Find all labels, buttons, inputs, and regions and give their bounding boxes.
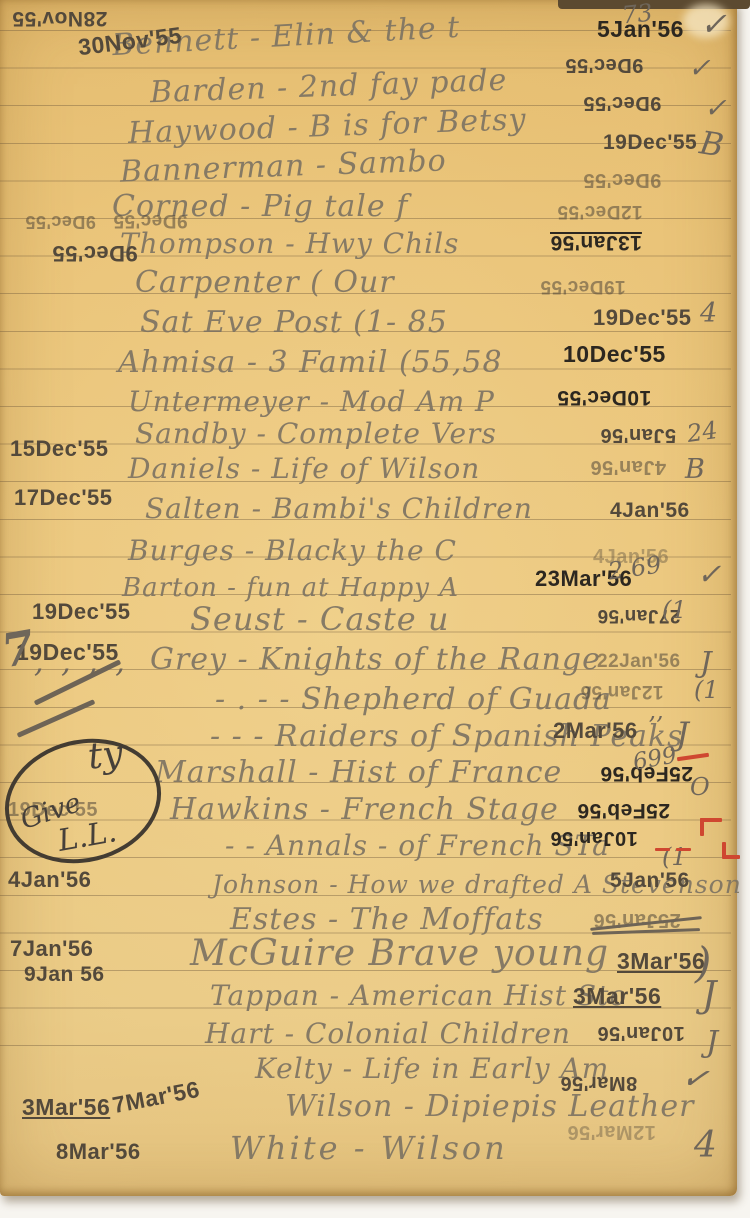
entry-line: Hart - Colonial Children xyxy=(205,1020,571,1048)
date-stamp-right: 12Mar'56 xyxy=(567,1122,656,1142)
date-stamp-left: 9Dec'55 xyxy=(113,211,188,230)
entry-line: Grey - Knights of the Range xyxy=(150,645,601,675)
entry-line: McGuire Brave young xyxy=(190,936,609,972)
entry-line: Sat Eve Post (1- 85 xyxy=(140,308,448,338)
entry-line: Burges - Blacky the C xyxy=(128,537,457,565)
date-stamp-left: 19Dec'55 xyxy=(32,601,131,623)
date-stamp-right: 10Dec'55 xyxy=(557,387,651,408)
entry-line: Hawkins - French Stage xyxy=(170,795,559,825)
red-mark xyxy=(700,818,722,822)
date-stamp-right: 3Mar'56 xyxy=(617,950,705,973)
date-stamp-left: 9Dec'55 xyxy=(25,213,96,231)
date-stamp-right: 22Jan'56 xyxy=(597,652,681,671)
red-mark xyxy=(722,855,740,859)
date-stamp-left: 17Dec'55 xyxy=(14,487,113,509)
pencil-note: (1 xyxy=(694,678,719,702)
date-stamp-right: 13Jan'56 xyxy=(550,232,642,253)
pencil-letter: O xyxy=(690,775,710,799)
date-stamp-right: 10Dec'55 xyxy=(563,343,666,366)
scanned-library-card: Bennett - Elin & the t Barden - 2nd fay … xyxy=(0,0,737,1196)
date-stamp-right: 4Jan'56 xyxy=(610,500,690,521)
check-mark: ✓ xyxy=(697,560,721,589)
pencil-number: 24 xyxy=(685,418,719,446)
pencil-number: 2 69 xyxy=(607,552,663,583)
date-stamp-right: 4Jan'56 xyxy=(590,457,666,477)
date-stamp-right: 10Jan'56 xyxy=(597,1023,685,1043)
entry-line: White - Wilson xyxy=(230,1132,508,1164)
date-stamp-right: 8Mar'56 xyxy=(560,1073,637,1093)
check-mark: ✓ xyxy=(700,8,727,40)
red-mark xyxy=(676,848,691,851)
pencil-note: (1 xyxy=(662,598,687,622)
date-stamp-right: 5Jan'56 xyxy=(600,425,676,445)
entry-line: - . - - Shepherd of Guada xyxy=(215,685,612,715)
entry-line: Kelty - Life in Early Am xyxy=(255,1055,609,1083)
entry-line: Daniels - Life of Wilson xyxy=(128,455,480,483)
entry-line: Salten - Bambi's Children xyxy=(145,495,533,523)
date-stamp-right: 10Jan'56 xyxy=(550,828,638,848)
date-stamp-left: 3Mar'56 xyxy=(22,1096,110,1119)
check-mark: 4 xyxy=(694,1128,717,1164)
date-stamp-left: 8Mar'56 xyxy=(56,1141,141,1163)
date-stamp-left: 15Dec'55 xyxy=(10,438,109,460)
pencil-letter: J xyxy=(676,718,689,750)
entry-line: Sandby - Complete Vers xyxy=(135,420,497,448)
date-stamp-right: 19Dec'55 xyxy=(603,132,697,153)
date-stamp-right: 9Dec'55 xyxy=(583,170,661,190)
entry-line: Carpenter ( Our xyxy=(135,268,395,298)
date-stamp-left: 9Jan 56 xyxy=(24,964,105,985)
date-stamp-left: 9Dec'55 xyxy=(52,242,138,264)
pencil-number: 73 xyxy=(621,0,654,27)
entry-line: Estes - The Moffats xyxy=(230,905,544,935)
entry-line: Wilson - Dipiepis Leather xyxy=(285,1092,694,1122)
pencil-letter: B xyxy=(698,126,726,161)
entry-line: Untermeyer - Mod Am P xyxy=(128,388,495,416)
date-stamp-left: 28Nov'55 xyxy=(12,8,107,29)
red-mark xyxy=(655,848,670,851)
entry-line: Tappan - American Hist Sto xyxy=(210,982,627,1010)
pencil-letter: J xyxy=(702,978,716,1014)
date-stamp-right: 12Jan'56 xyxy=(580,682,664,701)
pencil-letter: J xyxy=(700,648,712,677)
date-stamp-right: 19Dec'55 xyxy=(593,307,692,329)
date-stamp-left: 7Jan'56 xyxy=(10,938,93,960)
check-mark: 4 xyxy=(700,300,717,327)
date-stamp-right: 19Dec'55 xyxy=(540,277,626,296)
date-stamp-left: 4Jan'56 xyxy=(8,869,91,891)
check-mark: ✓ xyxy=(688,55,711,82)
pencil-letter: J xyxy=(706,1028,718,1058)
entry-line: Seust - Caste u xyxy=(190,603,449,635)
date-stamp-right: 5Jan'56 xyxy=(610,870,690,891)
date-stamp-right: 2Mar'56 xyxy=(553,720,638,742)
check-mark: ✓ xyxy=(704,95,727,122)
pencil-letter: B xyxy=(685,456,705,483)
entry-line: Marshall - Hist of France xyxy=(155,758,562,788)
date-stamp-right: 3Mar'56 xyxy=(573,985,661,1008)
check-mark: ✓ xyxy=(679,1060,711,1096)
date-stamp-right: 12Dec'55 xyxy=(557,202,643,221)
circled-note-text: ty xyxy=(86,736,124,775)
entry-line: Ahmisa - 3 Famil (55,58 xyxy=(118,348,503,378)
date-stamp-left: 7Mar'56 xyxy=(111,1078,202,1117)
date-stamp-right: 9Dec'55 xyxy=(565,55,643,75)
date-stamp-right: 9Dec'55 xyxy=(583,93,661,113)
pencil-note: ’’ xyxy=(648,714,663,738)
date-stamp-right: 25Feb'56 xyxy=(577,800,670,821)
entry-line: Barton - fun at Happy A xyxy=(122,575,459,601)
entry-line: Thompson - Hwy Chils xyxy=(120,230,459,258)
